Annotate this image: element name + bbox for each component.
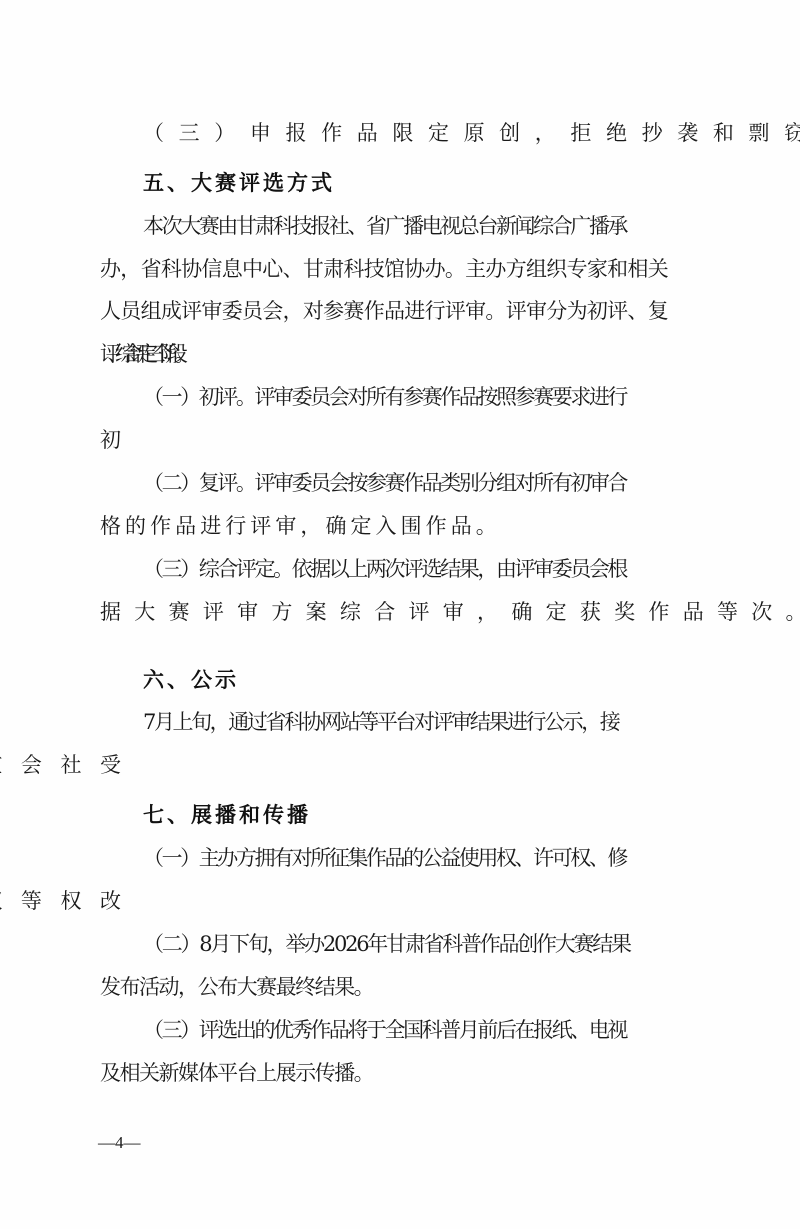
paragraph-submission-originality-line-1: （三）申报作品限定原创，拒绝抄袭和剽窃行为。 (143, 113, 763, 153)
paragraph-initial-review-line-1: （一）初评。评审委员会对所有参赛作品按照参赛要求进行 (143, 377, 763, 417)
section-heading-6: 六、公示 (143, 660, 763, 700)
section-heading-7: 七、展播和传播 (143, 795, 763, 835)
paragraph-publicity-line-2: 受社会监督。 (100, 745, 720, 785)
paragraph-organizers-line-3: 人员组成评审委员会，对参赛作品进行评审。评审分为初评、复 (100, 291, 720, 331)
paragraph-rights-line-1: （一）主办方拥有对所征集作品的公益使用权、许可权、修 (143, 838, 763, 878)
paragraph-organizers-line-1: 本次大赛由甘肃科技报社、省广播电视总台新闻综合广播承 (143, 206, 763, 246)
paragraph-rights-line-2: 改权等权益。 (100, 881, 720, 921)
paragraph-final-review-line-1: （三）综合评定。依据以上两次评选结果，由评审委员会根 (143, 549, 763, 589)
paragraph-second-review-line-1: （二）复评。评审委员会按参赛作品类别分组对所有初审合 (143, 463, 763, 503)
section-heading-5: 五、大赛评选方式 (143, 163, 763, 203)
paragraph-initial-review-line-2: 初审。 (100, 420, 720, 460)
paragraph-organizers-line-4: 评、综合评定三个阶段。 (100, 334, 720, 374)
paragraph-publicity-line-1: 7月上旬，通过省科协网站等平台对评审结果进行公示，接 (143, 702, 763, 742)
paragraph-showcase-line-1: （三）评选出的优秀作品将于全国科普月前后在报纸、电视 (143, 1010, 763, 1050)
paragraph-showcase-line-2: 及相关新媒体平台上展示传播。 (100, 1053, 720, 1093)
paragraph-organizers-line-2: 办，省科协信息中心、甘肃科技馆协办。主办方组织专家和相关 (100, 249, 720, 289)
paragraph-second-review-line-2: 格的作品进行评审，确定入围作品。 (100, 506, 720, 546)
document-page: （三）申报作品限定原创，拒绝抄袭和剽窃行为。 五、大赛评选方式 本次大赛由甘肃科… (0, 0, 800, 1229)
page-number: —4— (98, 1131, 141, 1155)
paragraph-results-release-line-1: （二）8月下旬，举办2026年甘肃省科普作品创作大赛结果 (143, 924, 763, 964)
paragraph-results-release-line-2: 发布活动，公布大赛最终结果。 (100, 967, 720, 1007)
paragraph-final-review-line-2: 据大赛评审方案综合评审，确定获奖作品等次。 (100, 592, 720, 632)
